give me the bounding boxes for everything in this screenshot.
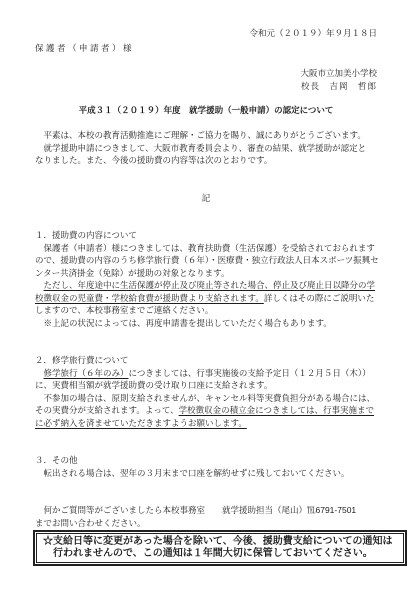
text-line: なりました。また、今後の援助費の内容等は次のとおりです。 (35, 154, 377, 167)
text-segment: 不参加の場合は、原則支給されませんが、キャンセル料等実費負担分がある場合には、 (35, 393, 375, 403)
intro-paragraph: 平素は、本校の教育活動推進にご理解・ご協力を賜り、誠にありがとうございます。 就… (35, 129, 377, 167)
text-segment (35, 280, 44, 290)
letter-page: 令和元（２０１９）年９月１８日 保護者（申請者）様 大阪市立加美小学校 校長 吉… (0, 0, 420, 594)
text-line: ただし、年度途中に生活保護が停止及び廃止等された場合、停止及び廃止日以降分の学 (35, 279, 377, 292)
text-segment: ☆支給日等に変更があった場合を除いて、今後、援助費支給についての通知は (43, 536, 393, 547)
text-segment: 詳しくはその際にご説明いた (264, 293, 375, 303)
text-line: 校徴収金の児童費・学校給食費が援助費より支給されます。詳しくはその際にご説明いた (35, 292, 377, 305)
section-heading: ３．その他 (35, 454, 377, 467)
text-line: ンター共済掛金（免除）が援助の対象となります。 (35, 267, 377, 280)
section-heading: ２．修学旅行費について (35, 354, 377, 367)
text-segment: につきましては、行事実施後の支給予定日（１２月５日（木）） (129, 368, 371, 378)
date-line: 令和元（２０１９）年９月１８日 (35, 27, 377, 40)
text-segment: 何かご質問等がございましたら本校事務室 就学援助担当（尾山）℡6791-7501 (35, 505, 356, 515)
section: １．援助費の内容について 保護者（申請者）様につきましては、教育扶助費（生活保護… (35, 229, 377, 329)
text-segment: その実費分が支給されます。よって、 (35, 405, 179, 415)
section: ２．修学旅行費について 修学旅行（６年のみ）につきましては、行事実施後の支給予定… (35, 354, 377, 429)
section: ３．その他 転出される場合は、翌年の３月末まで口座を解約せずに残しておいてくださ… (35, 454, 377, 479)
sender-principal: 校長 吉岡 哲郎 (35, 80, 377, 93)
notice-line: 行われませんので、この通知は１年間大切に保管しておいてください。 (43, 548, 397, 560)
sections-container: １．援助費の内容について 保護者（申請者）様につきましては、教育扶助費（生活保護… (35, 229, 377, 479)
text-segment: 平素は、本校の教育活動推進にご理解・ご協力を賜り、誠にありがとうございます。 (35, 130, 366, 140)
text-line: 保護者（申請者）様につきましては、教育扶助費（生活保護）を受給されておられます (35, 242, 377, 255)
recipient-line: 保護者（申請者）様 (35, 42, 377, 55)
closing-paragraph: 何かご質問等がございましたら本校事務室 就学援助担当（尾山）℡6791-7501… (35, 504, 377, 529)
underlined-text: 修学旅行（６年のみ） (44, 368, 129, 378)
document-title: 平成３１（２０１９）年度 就学援助（一般申請）の認定について (35, 104, 377, 117)
text-line: までお問い合わせください。 (35, 517, 377, 530)
underlined-text: 学校徴収金の積立金につきましては、行事実施まで (179, 405, 374, 415)
notice-box-text: ☆支給日等に変更があった場合を除いて、今後、援助費支給についての通知は 行われま… (36, 533, 404, 563)
text-segment: までお問い合わせください。 (35, 518, 146, 528)
text-line: 転出される場合は、翌年の３月末まで口座を解約せずに残しておいてください。 (35, 467, 377, 480)
text-line: 平素は、本校の教育活動推進にご理解・ご協力を賜り、誠にありがとうございます。 (35, 129, 377, 142)
text-segment: しますので、本校事務室までご連絡ください。 (35, 305, 213, 315)
text-line: 就学援助申請につきまして、大阪市教育委員会より、審査の結果、就学援助が認定と (35, 142, 377, 155)
text-line: ※上記の状況によっては、再度申請書を提出していただく場合もあります。 (35, 317, 377, 330)
notice-line: ☆支給日等に変更があった場合を除いて、今後、援助費支給についての通知は (43, 536, 397, 548)
sender-school: 大阪市立加美小学校 (35, 67, 377, 80)
text-segment: ンター共済掛金（免除）が援助の対象となります。 (35, 268, 229, 278)
text-line: しますので、本校事務室までご連絡ください。 (35, 304, 377, 317)
text-segment: 転出される場合は、翌年の３月末まで口座を解約せずに残しておいてください。 (35, 468, 350, 478)
text-segment: 行われませんので、この通知は１年間大切に保管しておいてください。 (43, 548, 373, 559)
section-heading: １．援助費の内容について (35, 229, 377, 242)
text-line: その実費分が支給されます。よって、学校徴収金の積立金につきましては、行事実施まで (35, 404, 377, 417)
sender-block: 大阪市立加美小学校 校長 吉岡 哲郎 (35, 67, 377, 92)
text-segment: なりました。また、今後の援助費の内容等は次のとおりです。 (35, 155, 272, 165)
text-line: 修学旅行（６年のみ）につきましては、行事実施後の支給予定日（１２月５日（木）） (35, 367, 377, 380)
text-line: 不参加の場合は、原則支給されませんが、キャンセル料等実費負担分がある場合には、 (35, 392, 377, 405)
text-segment: １．援助費の内容について (35, 230, 137, 240)
ki-marker: 記 (35, 192, 377, 205)
text-segment: に、実費相当額が就学援助費の受け取り口座に支給されます。 (35, 380, 272, 390)
text-segment: 就学援助申請につきまして、大阪市教育委員会より、審査の結果、就学援助が認定と (35, 143, 366, 153)
underlined-text: 校徴収金の児童費・学校給食費が援助費より支給されます。 (35, 293, 264, 303)
text-segment: ※上記の状況によっては、再度申請書を提出していただく場合もあります。 (35, 318, 332, 328)
text-line: に、実費相当額が就学援助費の受け取り口座に支給されます。 (35, 379, 377, 392)
text-segment (35, 368, 44, 378)
text-line: 何かご質問等がございましたら本校事務室 就学援助担当（尾山）℡6791-7501 (35, 504, 377, 517)
underlined-text: ただし、年度途中に生活保護が停止及び廃止等された場合、停止及び廃止日以降分の学 (44, 280, 376, 290)
text-segment: ので、援助費の内容のうち修学旅行費（６年）・医療費・独立行政法人日本スポーツ振興… (35, 255, 379, 265)
notice-box: ☆支給日等に変更があった場合を除いて、今後、援助費支給についての通知は 行われま… (33, 530, 407, 566)
text-line: に必ず納入を済ませていただきますようお願いします。 (35, 417, 377, 430)
text-segment: ２．修学旅行費について (35, 355, 128, 365)
text-segment: ３．その他 (35, 455, 78, 465)
text-line: ので、援助費の内容のうち修学旅行費（６年）・医療費・独立行政法人日本スポーツ振興… (35, 254, 377, 267)
underlined-text: に必ず納入を済ませていただきますようお願いします。 (35, 418, 247, 428)
text-segment: 保護者（申請者）様につきましては、教育扶助費（生活保護）を受給されておられます (35, 243, 375, 253)
